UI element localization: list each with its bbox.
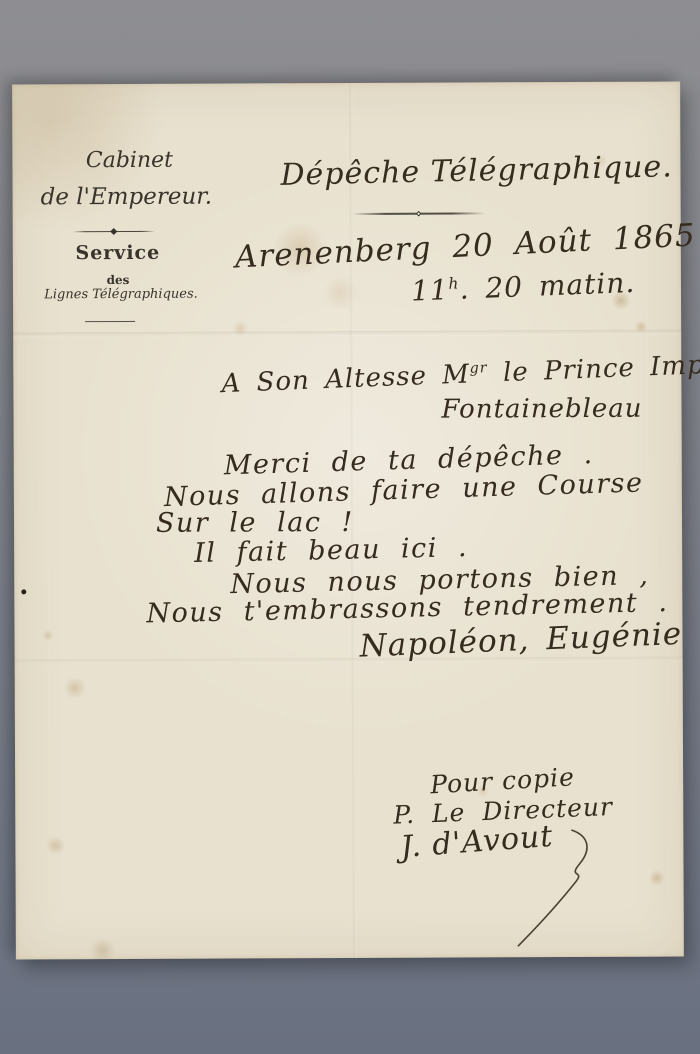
body-line-3: Sur le lac ! [156, 507, 354, 539]
address-prefix: A Son Altesse M [221, 359, 470, 399]
letterhead-service: Service [58, 242, 178, 265]
title-divider-ornament [353, 211, 485, 216]
letterhead-divider-ornament [73, 230, 155, 233]
divider-diamond-ornament [110, 228, 117, 235]
time-rest: . 20 matin. [459, 266, 636, 306]
address-suffix: le Prince Impérial [487, 348, 700, 389]
time-number: 11 [410, 273, 449, 307]
address-superscript: gr [469, 360, 488, 377]
horizontal-fold-crease-upper [13, 330, 681, 338]
document-title: Dépêche Télégraphique. [280, 151, 571, 192]
time-superscript: h [448, 274, 460, 292]
letterhead-rule [85, 321, 135, 322]
ink-spot [21, 589, 26, 594]
document-page: Cabinet de l'Empereur. Service des Ligne… [12, 82, 684, 960]
address-line-place: Fontainebleau [441, 394, 642, 425]
body-line-4: Il fait beau ici . [194, 532, 469, 569]
letterhead-empereur: de l'Empereur. [41, 184, 201, 211]
letterhead-des: des [58, 273, 178, 288]
horizontal-fold-crease-lower [15, 657, 683, 665]
photo-background: Cabinet de l'Empereur. Service des Ligne… [0, 0, 700, 1054]
address-line-recipient: A Son Altesse Mgr le Prince Impérial [221, 348, 700, 400]
letterhead-lignes-telegraphiques: Lignes Télégraphiques. [41, 287, 201, 303]
letterhead-cabinet: Cabinet [64, 148, 194, 174]
dateline-time: 11h. 20 matin. [410, 266, 635, 308]
